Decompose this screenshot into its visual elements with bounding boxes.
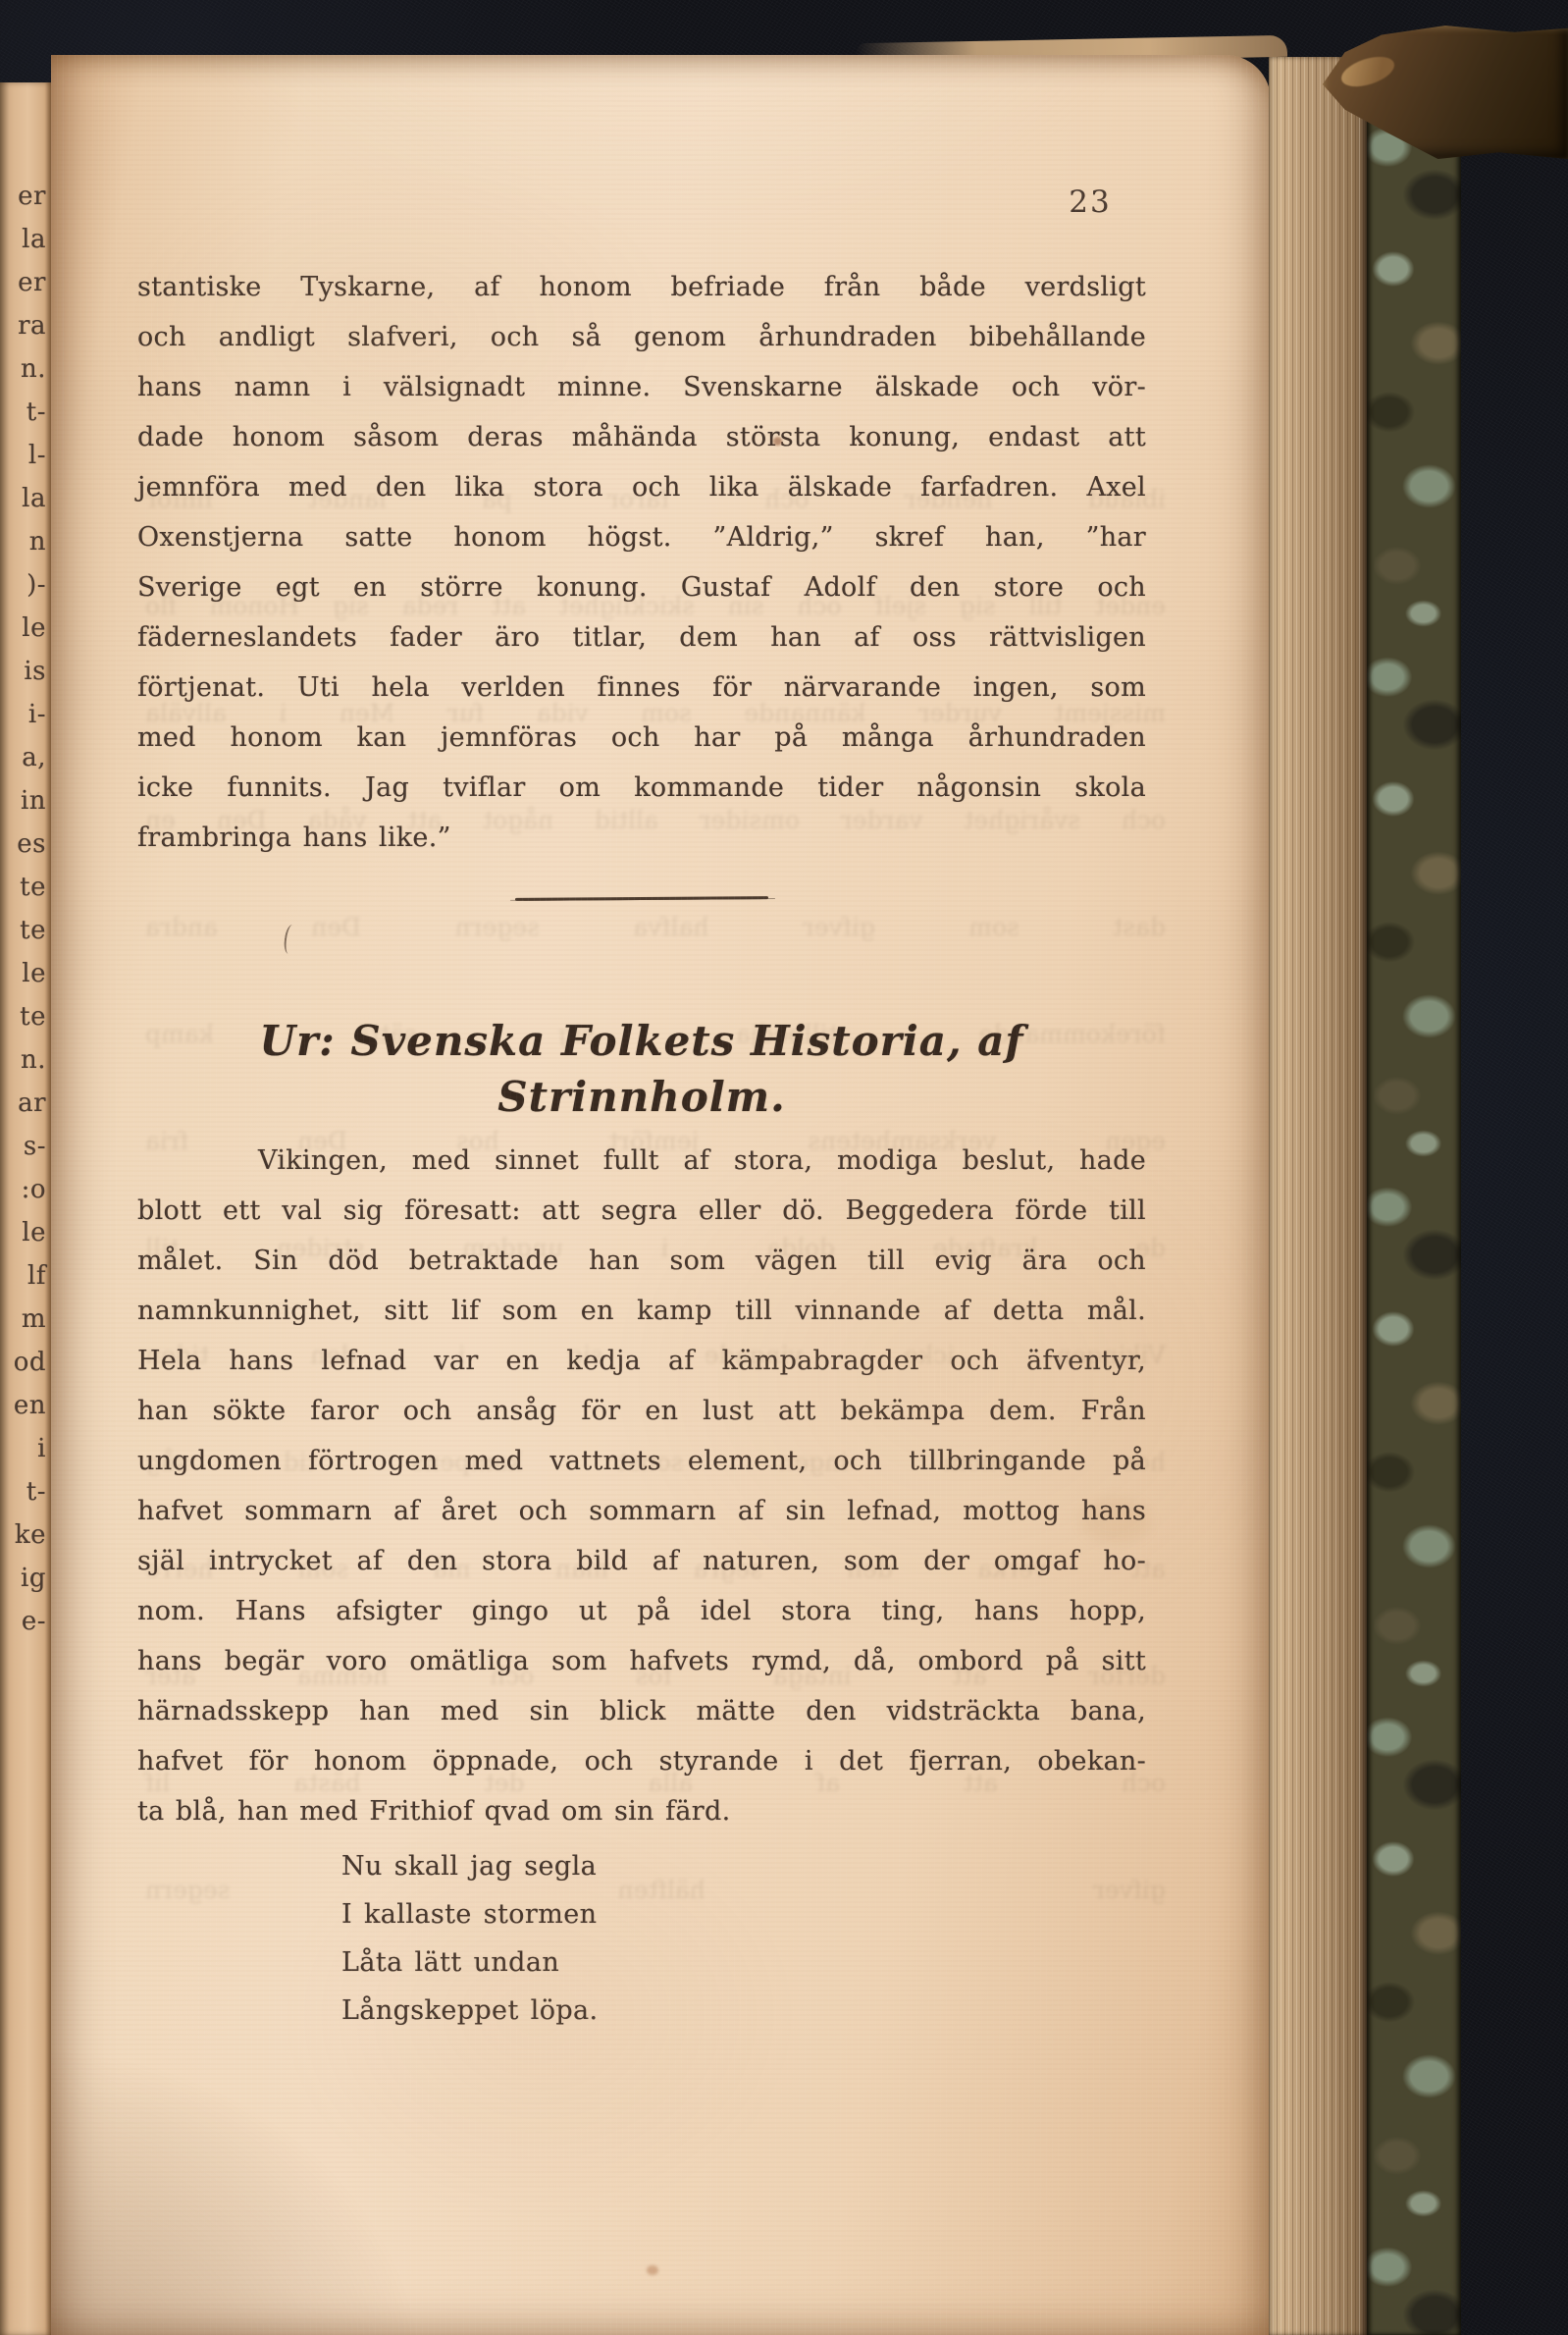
text-fragment: n. <box>0 347 46 391</box>
leather-flap-highlight <box>1337 51 1397 92</box>
text-fragment: lf <box>0 1254 46 1298</box>
text-line: jemnföra med den lika stora och lika äls… <box>137 462 1146 512</box>
text-line: Vikingen, med sinnet fullt af stora, mod… <box>137 1136 1146 1186</box>
book-page: iblaud fiender och faror på landet finfo… <box>51 55 1271 2335</box>
text-line: härnadsskepp han med sin blick mätte den… <box>137 1686 1146 1736</box>
text-line: ungdomen förtrogen med vattnets element,… <box>137 1436 1146 1486</box>
text-line: själ intrycket af den stora bild af natu… <box>137 1536 1146 1586</box>
text-line: Hela hans lefnad var en kedja af kämpabr… <box>137 1336 1146 1386</box>
text-line: dade honom såsom deras måhända största k… <box>137 412 1146 462</box>
text-fragment: s- <box>0 1125 46 1168</box>
facing-page-edge: erlaerran.t-l-lan)-leisi-a,inesteteleten… <box>0 82 51 2335</box>
text-fragment: es <box>0 823 46 866</box>
text-fragment: te <box>0 909 46 952</box>
text-fragment: ke <box>0 1513 46 1557</box>
text-line: med honom kan jemnföras och har på många… <box>137 713 1146 763</box>
book-photograph: erlaerran.t-l-lan)-leisi-a,inesteteleten… <box>0 0 1568 2335</box>
text-fragment: )- <box>0 563 46 607</box>
text-fragment: ra <box>0 304 46 347</box>
page-stack-fore-edge <box>1269 57 1367 2335</box>
text-line: frambringa hans like.” <box>137 813 1146 863</box>
text-fragment: la <box>0 477 46 520</box>
text-line: målet. Sin död betraktade han som vägen … <box>137 1236 1146 1286</box>
text-fragment: la <box>0 218 46 261</box>
paper-stain <box>773 437 782 446</box>
text-fragment: en <box>0 1384 46 1427</box>
text-fragment: :o <box>0 1168 46 1211</box>
verse-block: Nu skall jag seglaI kallaste stormenLåta… <box>341 1842 599 2035</box>
text-line: ta blå, han med Frithiof qvad om sin fär… <box>137 1786 1146 1836</box>
section-heading-line1: Ur: Svenska Folkets Historia, af <box>137 1013 1146 1069</box>
ghost-line: dast som gifver halfva segern Den andra <box>145 915 1166 1022</box>
text-fragment: n <box>0 520 46 563</box>
text-fragment: ar <box>0 1082 46 1125</box>
text-fragment: i- <box>0 693 46 736</box>
paper-stain <box>647 2265 658 2275</box>
text-line: blott ett val sig föresatt: att segra el… <box>137 1186 1146 1236</box>
section-heading-line2: Strinnholm. <box>137 1069 1146 1125</box>
facing-page-text-fragments: erlaerran.t-l-lan)-leisi-a,inesteteleten… <box>0 175 46 1643</box>
verse-line: I kallaste stormen <box>341 1890 599 1938</box>
text-fragment: l- <box>0 434 46 477</box>
verse-line: Nu skall jag segla <box>341 1842 599 1890</box>
verse-line: Låta lätt undan <box>341 1938 599 1987</box>
text-line: fäderneslandets fader äro titlar, dem ha… <box>137 612 1146 663</box>
paragraph-1: stantiske Tyskarne, af honom befriade fr… <box>137 262 1146 863</box>
text-fragment: i <box>0 1427 46 1470</box>
text-line: hafvet för honom öppnade, och styrande i… <box>137 1736 1146 1786</box>
text-fragment: te <box>0 866 46 909</box>
text-fragment: m <box>0 1298 46 1341</box>
text-line: och andligt slafveri, och så genom århun… <box>137 312 1146 362</box>
text-fragment: t- <box>0 1470 46 1513</box>
text-fragment: le <box>0 607 46 650</box>
text-line: hafvet sommarn af året och sommarn af si… <box>137 1486 1146 1536</box>
text-fragment: le <box>0 952 46 995</box>
text-fragment: te <box>0 995 46 1038</box>
page-number: 23 <box>1056 181 1124 224</box>
text-fragment: od <box>0 1341 46 1384</box>
text-line: förtjenat. Uti hela verlden finnes för n… <box>137 663 1146 713</box>
text-line: namnkunnighet, sitt lif som en kamp till… <box>137 1286 1146 1336</box>
text-fragment: er <box>0 175 46 218</box>
text-line: stantiske Tyskarne, af honom befriade fr… <box>137 262 1146 312</box>
text-line: han sökte faror och ansåg för en lust at… <box>137 1386 1146 1436</box>
text-fragment: n. <box>0 1038 46 1082</box>
section-heading: Ur: Svenska Folkets Historia, af Strinnh… <box>137 1013 1146 1125</box>
text-fragment: t- <box>0 391 46 434</box>
text-fragment: er <box>0 261 46 304</box>
text-line: hans begär voro omätliga som hafvets rym… <box>137 1636 1146 1686</box>
text-line: hans namn i välsignadt minne. Svenskarne… <box>137 362 1146 412</box>
text-fragment: is <box>0 650 46 693</box>
text-fragment: e- <box>0 1600 46 1643</box>
text-line: icke funnits. Jag tviflar om kommande ti… <box>137 763 1146 813</box>
text-line: Oxenstjerna satte honom högst. ”Aldrig,”… <box>137 512 1146 562</box>
paragraph-2: Vikingen, med sinnet fullt af stora, mod… <box>137 1136 1146 1836</box>
verse-line: Långskeppet löpa. <box>341 1987 599 2035</box>
ghost-line: gifver hälften segern <box>145 1878 1166 1985</box>
text-fragment: le <box>0 1211 46 1254</box>
text-fragment: a, <box>0 736 46 779</box>
text-fragment: in <box>0 779 46 823</box>
text-line: Sverige egt en större konung. Gustaf Ado… <box>137 562 1146 612</box>
marbled-board-cover <box>1367 110 1461 2335</box>
text-line: nom. Hans afsigter gingo ut på idel stor… <box>137 1586 1146 1636</box>
text-fragment: ig <box>0 1557 46 1600</box>
